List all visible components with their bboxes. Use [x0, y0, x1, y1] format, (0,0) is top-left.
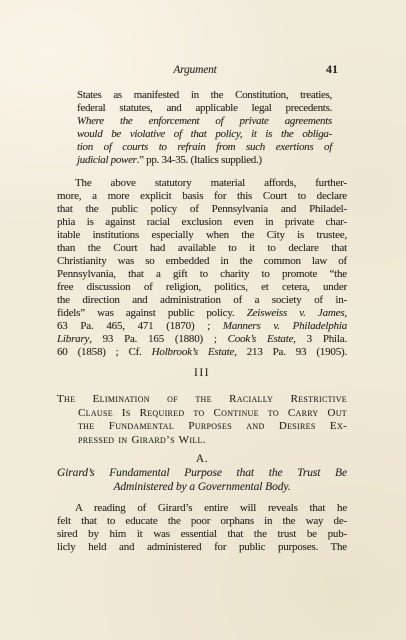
text-run: 63 Pa. 465, 471 (1870) ; — [57, 320, 223, 332]
text-line: judicial power.” pp. 34-35. (Italics sup… — [77, 154, 332, 167]
text-line: than the Court had available to it to de… — [57, 242, 347, 255]
text-run: free discussion of religion, politics, e… — [57, 281, 347, 293]
text-line: itable institutions especially when the … — [57, 229, 347, 242]
text-run: The Elimination of the Racially Restrict… — [57, 393, 347, 405]
text-run: that the public policy of Pennsylvania a… — [57, 203, 347, 215]
text-line: would be violative of that policy, it is… — [77, 128, 332, 141]
italic-text-run: Zeisweiss v. James — [247, 307, 345, 319]
text-line: States as manifested in the Constitution… — [77, 89, 332, 102]
text-run: 60 (1858) ; Cf. — [57, 346, 152, 358]
italic-text-run: Administered by a Governmental Body. — [113, 481, 290, 493]
text-run: than the Court had available to it to de… — [57, 242, 347, 254]
text-run: The above statutory material affords, fu… — [75, 177, 347, 189]
text-line: the Fundamental Purposes and Desires Ex- — [78, 420, 347, 434]
running-head-title: Argument — [50, 64, 340, 77]
text-line: Administered by a Governmental Body. — [57, 480, 347, 494]
italic-text-run: Cook’s Estate — [228, 333, 294, 345]
text-run: pressed in Girard’s Will. — [78, 434, 206, 446]
text-run: the direction and administration of a so… — [57, 294, 347, 306]
italic-text-run: judicial power — [77, 154, 137, 166]
text-run: felt that to educate the poor orphans in… — [57, 515, 347, 527]
text-run: Clause Is Required to Continue to Carry … — [78, 407, 347, 419]
text-line: the direction and administration of a so… — [57, 294, 347, 307]
subpoint-heading: Girard’s Fundamental Purpose that the Tr… — [57, 466, 347, 494]
text-run: more, a more explicit basis for this Cou… — [57, 190, 347, 202]
text-line: Christianity was so embedded in the comm… — [57, 255, 347, 268]
text-line: Library, 93 Pa. 165 (1880) ; Cook’s Esta… — [57, 333, 347, 346]
text-run: phia is against racial exclusion even in… — [57, 216, 347, 228]
text-run: the Fundamental Purposes and Desires Ex- — [78, 420, 347, 432]
text-line: pressed in Girard’s Will. — [78, 434, 347, 448]
text-run: Christianity was so embedded in the comm… — [57, 255, 347, 267]
text-run: , 93 Pa. 165 (1880) ; — [89, 333, 227, 345]
italic-text-run: Where the enforcement of private agreeme… — [77, 115, 332, 127]
text-line: Where the enforcement of private agreeme… — [77, 115, 332, 128]
text-run: A reading of Girard’s entire will reveal… — [75, 502, 347, 514]
text-run: fidels” was against public policy. — [57, 307, 247, 319]
text-line: federal statutes, and applicable legal p… — [77, 102, 332, 115]
text-run: , 213 Pa. 93 (1905). — [234, 346, 347, 358]
text-line: licly held and administered for public p… — [57, 541, 347, 554]
text-run: federal statutes, and applicable legal p… — [77, 102, 332, 114]
italic-text-run: Girard’s Fundamental Purpose that the Tr… — [57, 467, 347, 479]
italic-text-run: would be violative of that policy, it is… — [77, 128, 332, 140]
text-run: .” pp. 34-35. (Italics supplied.) — [137, 154, 262, 166]
text-line: sired by him it was essential that the t… — [57, 528, 347, 541]
text-run: States as manifested in the Constitution… — [77, 89, 332, 101]
text-line: Girard’s Fundamental Purpose that the Tr… — [57, 466, 347, 480]
italic-text-run: Manners v. Philadelphia — [223, 320, 347, 332]
text-line: more, a more explicit basis for this Cou… — [57, 190, 347, 203]
text-line: 63 Pa. 465, 471 (1870) ; Manners v. Phil… — [57, 320, 347, 333]
text-line: Pennsylvania, that a gift to charity to … — [57, 268, 347, 281]
argument-paragraph: The above statutory material affords, fu… — [57, 177, 347, 359]
text-run: itable institutions especially when the … — [57, 229, 347, 241]
text-run: sired by him it was essential that the t… — [57, 528, 347, 540]
text-run: , 3 Phila. — [293, 333, 347, 345]
italic-text-run: tion of courts to refrain from such exer… — [77, 141, 332, 153]
text-line: Clause Is Required to Continue to Carry … — [78, 407, 347, 421]
text-run: licly held and administered for public p… — [57, 541, 347, 553]
text-run: , — [344, 307, 347, 319]
page-number: 41 — [326, 63, 338, 76]
text-line: fidels” was against public policy. Zeisw… — [57, 307, 347, 320]
text-line: that the public policy of Pennsylvania a… — [57, 203, 347, 216]
page-header: Argument 41 — [57, 64, 347, 77]
closing-paragraph: A reading of Girard’s entire will reveal… — [57, 502, 347, 554]
text-line: The Elimination of the Racially Restrict… — [57, 393, 347, 407]
text-column: Argument 41 States as manifested in the … — [57, 64, 347, 554]
text-run: Pennsylvania, that a gift to charity to … — [57, 268, 347, 280]
text-line: 60 (1858) ; Cf. Holbrook’s Estate, 213 P… — [57, 346, 347, 359]
text-line: A reading of Girard’s entire will reveal… — [57, 502, 347, 515]
text-line: phia is against racial exclusion even in… — [57, 216, 347, 229]
italic-text-run: Holbrook’s Estate — [152, 346, 235, 358]
text-line: tion of courts to refrain from such exer… — [77, 141, 332, 154]
document-page: Argument 41 States as manifested in the … — [0, 0, 406, 640]
italic-text-run: Library — [57, 333, 89, 345]
section-number: III — [57, 367, 347, 380]
text-line: free discussion of religion, politics, e… — [57, 281, 347, 294]
text-line: felt that to educate the poor orphans in… — [57, 515, 347, 528]
text-line: The above statutory material affords, fu… — [57, 177, 347, 190]
subsection-letter: A. — [57, 453, 347, 466]
block-quote: States as manifested in the Constitution… — [57, 89, 347, 167]
point-heading: The Elimination of the Racially Restrict… — [57, 393, 347, 447]
